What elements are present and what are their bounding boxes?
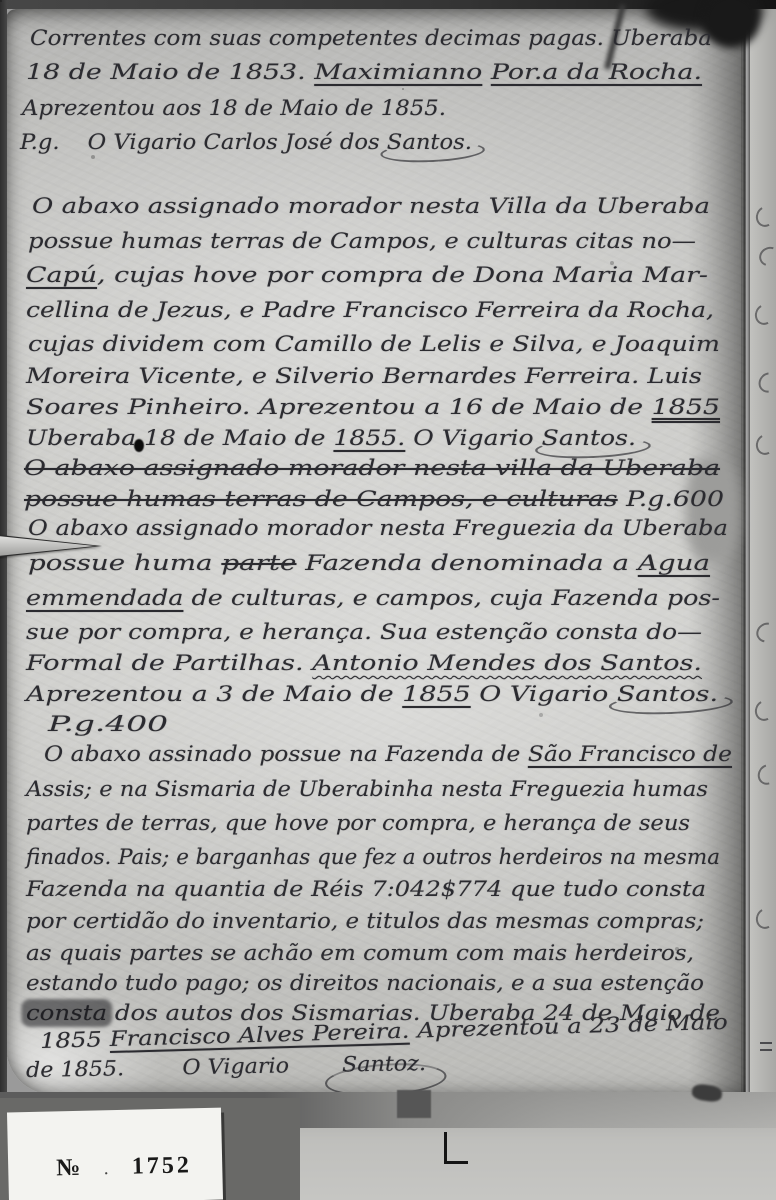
- corner-crop-mark: [444, 1132, 468, 1164]
- manuscript-line: P.g.O Vigario Carlos José dos Santos.: [20, 130, 472, 154]
- paid-mark: P.g.: [20, 130, 60, 154]
- line-text: O Vigario: [405, 426, 541, 450]
- signature-flourish: Santos.: [387, 130, 472, 154]
- signature-flourish: Santos.: [542, 426, 636, 450]
- label-number: 1752: [132, 1152, 193, 1180]
- underlined-name: Agua: [638, 551, 710, 575]
- archive-number-label: №.1752: [7, 1108, 223, 1200]
- book-fold-line: [741, 0, 750, 1093]
- manuscript-line: sue por compra, e herança. Sua estenção …: [26, 620, 702, 644]
- archive-number-text: №.1752: [56, 1152, 192, 1182]
- line-text: Soares Pinheiro. Aprezentou a 16 de Maio…: [26, 395, 652, 419]
- manuscript-line: Moreira Vicente, e Silverio Bernardes Fe…: [26, 364, 702, 388]
- line-text: Formal de Partilhas.: [26, 651, 312, 675]
- manuscript-line: emmendada de culturas, e campos, cuja Fa…: [26, 586, 720, 610]
- underlined-name: São Francisco de: [528, 742, 732, 766]
- line-text: de culturas, e campos, cuja Fazenda pos-: [183, 586, 720, 610]
- manuscript-line: cellina de Jezus, e Padre Francisco Ferr…: [26, 298, 714, 322]
- label-dot: .: [104, 1163, 108, 1179]
- underlined-name: Por.a da Rocha.: [491, 60, 702, 84]
- underlined-name: Antonio Mendes dos Santos.: [312, 651, 702, 675]
- underlined-year: 1855.: [333, 426, 405, 450]
- underlined-name: Maximianno: [314, 60, 482, 84]
- manuscript-line: possue huma parte Fazenda denominada a A…: [28, 551, 710, 575]
- manuscript-line: O abaxo assinado possue na Fazenda de Sã…: [44, 742, 732, 766]
- manuscript-line: possue humas terras de Campos, e cultura…: [28, 229, 696, 253]
- manuscript-line: O abaxo assignado morador nesta Freguezi…: [28, 516, 728, 540]
- paid-mark: P.g.600: [618, 487, 724, 511]
- manuscript-line: estando tudo pago; os direitos nacionais…: [26, 971, 704, 995]
- manuscript-line: Aprezentou a 3 de Maio de 1855 O Vigario…: [26, 682, 718, 706]
- underlined-year: 1855: [402, 682, 470, 706]
- signature-flourish: Santoz.: [342, 1051, 426, 1076]
- paid-mark-line: P.g.400: [48, 712, 168, 736]
- manuscript-line: Formal de Partilhas. Antonio Mendes dos …: [26, 651, 702, 675]
- manuscript-line: 18 de Maio de 1853. Maximianno Por.a da …: [26, 60, 702, 84]
- manuscript-line: por certidão do inventario, e titulos da…: [26, 909, 704, 933]
- line-text: possue huma: [28, 551, 221, 575]
- manuscript-line: Aprezentou aos 18 de Maio de 1855.: [22, 96, 446, 120]
- blotted-text: consta: [26, 1001, 107, 1025]
- manuscript-line: Correntes com suas competentes decimas p…: [30, 26, 712, 50]
- manuscript-line: Capú, cujas hove por compra de Dona Mari…: [26, 263, 708, 287]
- line-text: 1855: [40, 1027, 110, 1053]
- manuscript-line: Uberaba 18 de Maio de 1855. O Vigario Sa…: [26, 426, 636, 450]
- struck-text: possue humas terras de Campos, e cultura…: [24, 487, 618, 511]
- manuscript-line: Fazenda na quantia de Réis 7:042$774 que…: [26, 877, 706, 901]
- underlined-name: emmendada: [26, 586, 183, 610]
- dark-paper-fragment: [397, 1090, 431, 1118]
- facing-page-edge: [750, 0, 776, 1095]
- manuscript-line: partes de terras, que hove por compra, e…: [26, 811, 690, 835]
- line-text: O Vigario: [182, 1053, 289, 1079]
- line-text: de 1855.: [26, 1056, 125, 1082]
- line-text: O Vigario Carlos José dos: [88, 130, 387, 154]
- line-text: , cujas hove por compra de Dona Maria Ma…: [97, 263, 708, 287]
- underlined-name: Capú: [26, 263, 97, 287]
- line-text: O abaxo assinado possue na Fazenda de: [44, 742, 528, 766]
- manuscript-line: Soares Pinheiro. Aprezentou a 16 de Maio…: [26, 395, 720, 419]
- line-text: O Vigario: [471, 682, 617, 706]
- line-text: 18 de Maio de 1853.: [26, 60, 314, 84]
- struck-manuscript-line: O abaxo assignado morador nesta villa da…: [24, 456, 720, 480]
- struck-text: parte: [221, 551, 296, 575]
- manuscript-line: cujas dividem com Camillo de Lelis e Sil…: [28, 332, 720, 356]
- signature-flourish: Santos.: [617, 682, 718, 706]
- numero-sign: №: [56, 1155, 81, 1182]
- manuscript-line: finados. Pais; e barganhas que fez a out…: [26, 845, 720, 869]
- manuscript-line: as quais partes se achão em comum com ma…: [26, 941, 694, 965]
- scanned-manuscript: Correntes com suas competentes decimas p…: [0, 0, 776, 1200]
- line-text: Fazenda denominada a: [296, 551, 637, 575]
- underlined-year: 1855: [652, 395, 720, 419]
- manuscript-line: Assis; e na Sismaria de Uberabinha nesta…: [26, 777, 708, 801]
- manuscript-line: O abaxo assignado morador nesta Villa da…: [32, 194, 710, 218]
- line-text: Aprezentou a 3 de Maio de: [26, 682, 402, 706]
- manuscript-line: possue humas terras de Campos, e cultura…: [24, 487, 724, 511]
- line-text: Uberaba 18 de Maio de: [26, 426, 333, 450]
- paper-specks: [0, 0, 2, 2]
- facing-page-writing-fragment: [760, 1042, 772, 1051]
